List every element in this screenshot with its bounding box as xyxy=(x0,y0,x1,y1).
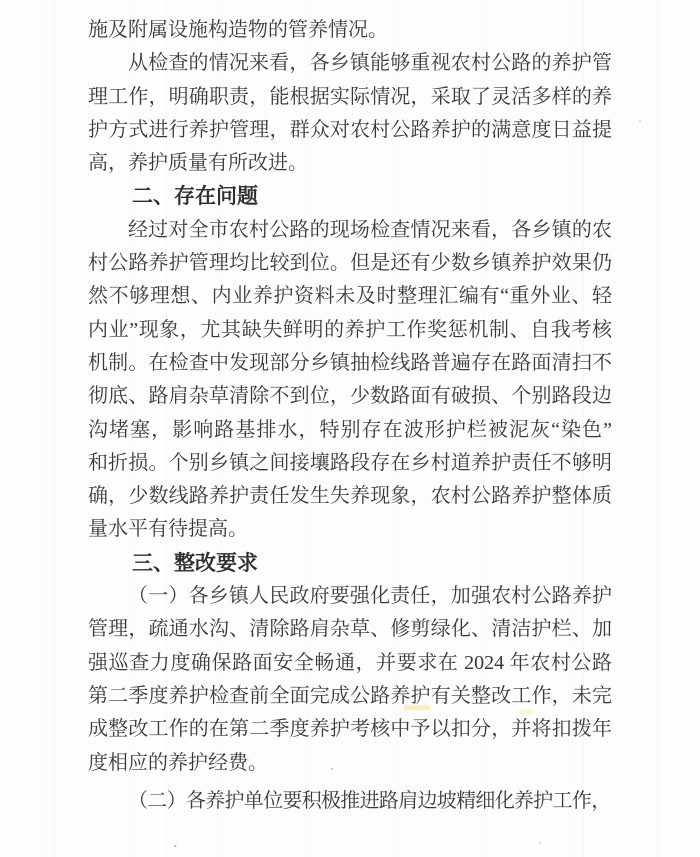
body-line: 量水平有待提高。 xyxy=(88,513,612,546)
body-line: 护方式进行养护管理，群众对农村公路养护的满意度日益提 xyxy=(88,114,612,147)
body-line: 彻底、路肩杂草清除不到位，少数路面有破损、个别路段边 xyxy=(88,380,612,413)
body-line: 和折损。个别乡镇之间接壤路段存在乡村道养护责任不够明 xyxy=(88,447,612,480)
body-line: 管理，疏通水沟、清除路肩杂草、修剪绿化、清洁护栏、加 xyxy=(88,613,612,646)
page-text-block: 施及附属设施构造物的管养情况。 从检查的情况来看，各乡镇能够重视农村公路的养护管… xyxy=(88,14,612,818)
body-line: 强巡查力度确保路面安全畅通，并要求在 2024 年农村公路 xyxy=(88,647,612,680)
section-heading-rectification: 三、整改要求 xyxy=(88,547,612,580)
yellow-highlight-artifact xyxy=(518,710,534,714)
document-page: 施及附属设施构造物的管养情况。 从检查的情况来看，各乡镇能够重视农村公路的养护管… xyxy=(0,0,700,857)
section-heading-problems: 二、存在问题 xyxy=(88,180,612,213)
body-line: 沟堵塞，影响路基排水，特别存在波形护栏被泥灰“染色” xyxy=(88,414,612,447)
body-line: 从检查的情况来看，各乡镇能够重视农村公路的养护管 xyxy=(88,47,612,80)
body-line: 高，养护质量有所改进。 xyxy=(88,147,612,180)
body-line: 确，少数线路养护责任发生失养现象，农村公路养护整体质 xyxy=(88,480,612,513)
body-line: 内业”现象，尤其缺失鲜明的养护工作奖惩机制、自我考核 xyxy=(88,314,612,347)
body-line: 村公路养护管理均比较到位。但是还有少数乡镇养护效果仍 xyxy=(88,247,612,280)
body-line: 理工作，明确职责，能根据实际情况，采取了灵活多样的养 xyxy=(88,81,612,114)
body-line: 机制。在检查中发现部分乡镇抽检线路普遍存在路面清扫不 xyxy=(88,347,612,380)
body-line: 然不够理想、内业养护资料未及时整理汇编有“重外业、轻 xyxy=(88,280,612,313)
body-line: 成整改工作的在第二季度养护考核中予以扣分，并将扣拨年 xyxy=(88,713,612,746)
body-line: 度相应的养护经费。 xyxy=(88,747,612,780)
body-line: 第二季度养护检查前全面完成公路养护有关整改工作，未完 xyxy=(88,680,612,713)
body-line: 经过对全市农村公路的现场检查情况来看，各乡镇的农 xyxy=(88,214,612,247)
body-line-continuation: 施及附属设施构造物的管养情况。 xyxy=(88,14,612,47)
body-line: （二）各养护单位要积极推进路肩边坡精细化养护工作， xyxy=(88,785,612,818)
body-line: （一）各乡镇人民政府要强化责任，加强农村公路养护 xyxy=(88,580,612,613)
yellow-highlight-artifact xyxy=(404,705,430,710)
